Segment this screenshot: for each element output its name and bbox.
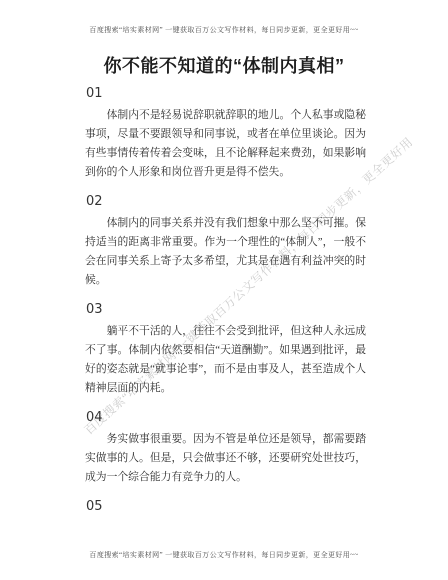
section-number-05: 05 bbox=[86, 499, 366, 514]
page-title: 你不能不知道的“体制内真相” bbox=[0, 52, 448, 78]
section-paragraph-03: 躺平不干活的人，往往不会受到批评，但这种人永远成不了事。体制内依然要相信“天道酬… bbox=[85, 322, 366, 398]
section-number-01: 01 bbox=[86, 86, 366, 101]
section-number-02: 02 bbox=[86, 194, 366, 209]
section-paragraph-02: 体制内的同事关系并没有我们想象中那么坚不可摧。保持适当的距离非常重要。作为一个理… bbox=[85, 214, 366, 290]
header-promo-note: 百度搜索“培实素材网” 一键获取百万公文写作材料，每日同步更新，更全更好用~~ bbox=[0, 25, 448, 35]
document-page: 百度搜索“培实素材网”一键获取百万公文写作材料，每日同步更新，更全更好用 百度搜… bbox=[0, 0, 448, 580]
section-number-04: 04 bbox=[86, 410, 366, 425]
article-body: 01 体制内不是轻易说辞职就辞职的地儿。个人私事或隐秘事项，尽量不要跟领导和同事… bbox=[85, 86, 366, 519]
section-number-03: 03 bbox=[86, 302, 366, 317]
footer-promo-note: 百度搜索“培实素材网” 一键获取百万公文写作材料，每日同步更新，更全更好用~~ bbox=[0, 550, 448, 560]
section-paragraph-04: 务实做事很重要。因为不管是单位还是领导，都需要踏实做事的人。但是，只会做事还不够… bbox=[85, 430, 366, 487]
section-paragraph-01: 体制内不是轻易说辞职就辞职的地儿。个人私事或隐秘事项，尽量不要跟领导和同事说，或… bbox=[85, 106, 366, 182]
